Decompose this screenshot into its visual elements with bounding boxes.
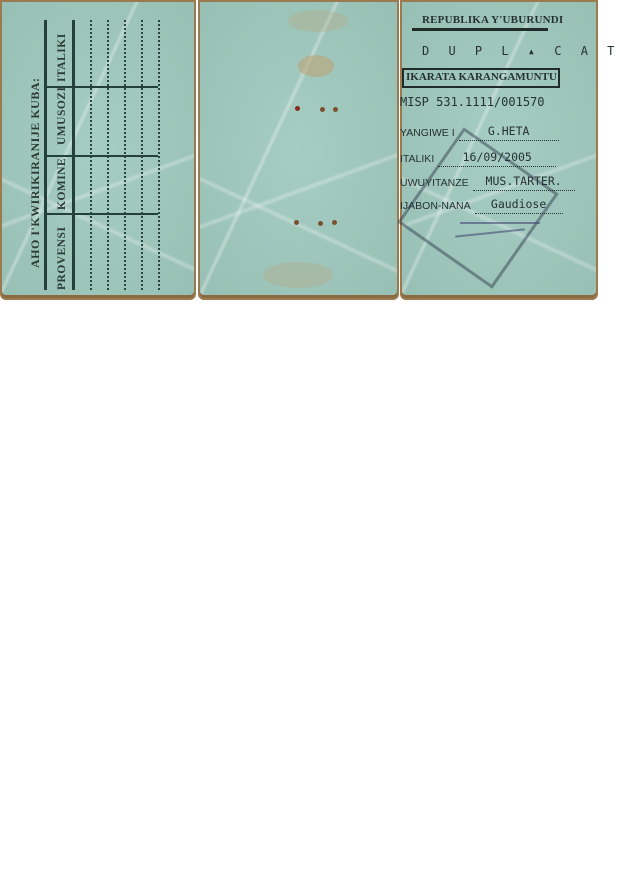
dotted-line [158,20,160,290]
column-header-umusozi: UMUSOZI [56,87,68,145]
field-label: ITALIKI [400,153,434,165]
field-label: YANGIWE I [400,127,455,139]
stain [298,55,334,77]
misp-number: MISP 531.1111/001570 [400,95,598,109]
staple-hole [294,220,299,225]
staple-hole [333,107,338,112]
republic-heading: REPUBLIKA Y'UBURUNDI [422,14,598,26]
duplicate-label: D U P L ▴ C A T A [422,44,598,58]
field-issued-to: YANGIWE I G.HETA [400,122,598,141]
card-panel-right: REPUBLIKA Y'UBURUNDI D U P L ▴ C A T A I… [400,0,598,300]
staple-hole [320,107,325,112]
dotted-line [90,20,92,290]
card-panel-middle [198,0,399,300]
signature-stroke [460,222,540,224]
staple-hole [332,220,337,225]
wear-mark [263,262,333,288]
staple-hole [318,221,323,226]
column-header-komine: KOMINE [56,158,68,210]
card-title: IKARATA KARANGAMUNTU [406,71,598,83]
card-panel-left: AHO I'KWIRIKIRANIJE KUBA: PROVENSI KOMIN… [0,0,196,300]
dotted-line [141,20,143,290]
dotted-line [124,20,126,290]
column-header-italiki: ITALIKI [56,33,68,82]
heading-rule [412,28,548,31]
dotted-line [107,20,109,290]
staple-hole [295,106,300,111]
left-panel-title: AHO I'KWIRIKIRANIJE KUBA: [28,77,43,268]
wear-mark [288,10,348,32]
field-value: G.HETA [488,124,530,138]
column-header-provensi: PROVENSI [56,227,68,290]
